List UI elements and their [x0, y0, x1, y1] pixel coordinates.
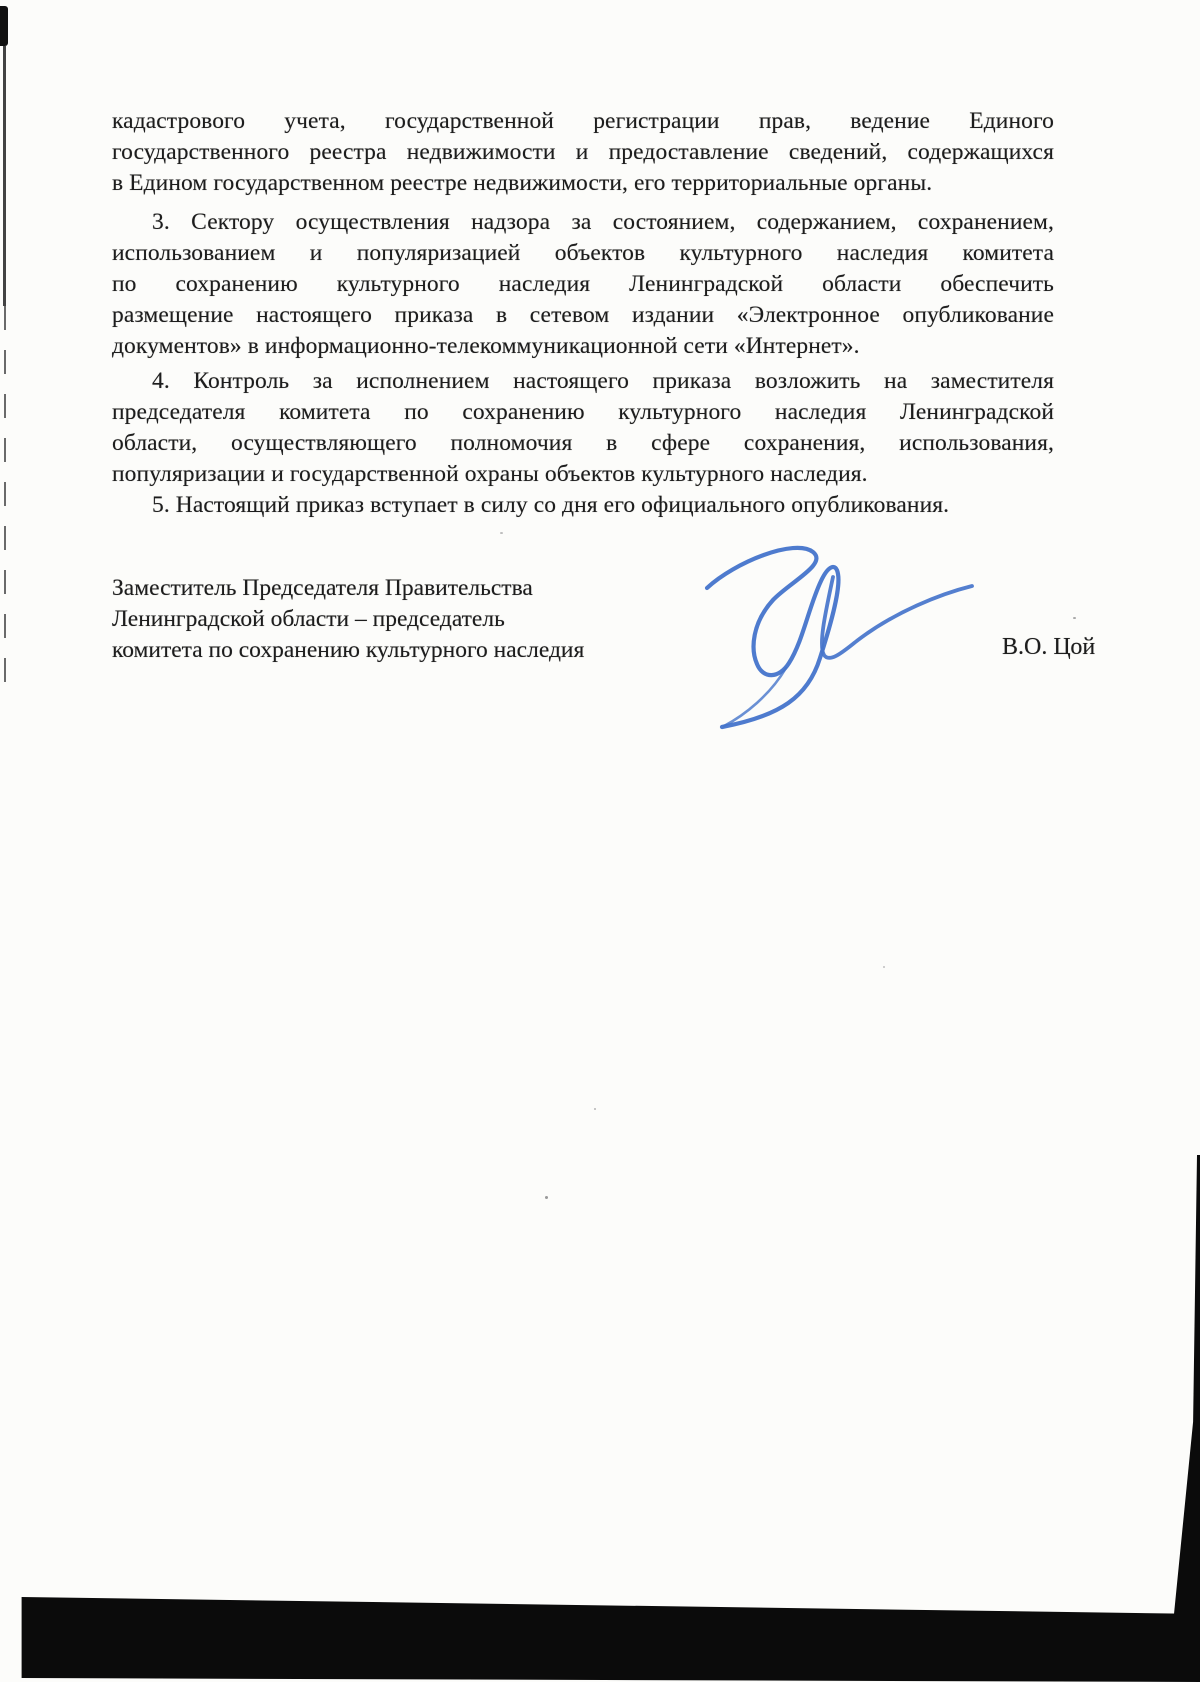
signer-name: В.О. Цой: [1002, 634, 1095, 661]
scan-speck: [594, 1108, 596, 1110]
text-line: по сохранению культурного наследия Ленин…: [112, 269, 1054, 300]
scanned-document-page: кадастрового учета, государственной реги…: [0, 0, 1200, 1682]
scan-speck: [545, 1196, 548, 1199]
scan-artifact-left-line: [3, 46, 6, 306]
scan-speck: [883, 966, 885, 968]
text-line: 4. Контроль за исполнением настоящего пр…: [112, 366, 1054, 397]
scan-artifact-right-wedge: [1170, 1155, 1200, 1615]
scan-artifact-left-dashes: [4, 306, 6, 686]
text-line: документов» в информационно-телекоммуник…: [112, 331, 1054, 362]
document-body: кадастрового учета, государственной реги…: [112, 106, 1054, 521]
text-line: председателя комитета по сохранению куль…: [112, 397, 1054, 428]
text-line: области, осуществляющего полномочия в сф…: [112, 428, 1054, 459]
scan-artifact-corner-blob: [0, 6, 8, 46]
paragraph-item-4: 4. Контроль за исполнением настоящего пр…: [112, 366, 1054, 490]
scan-artifact-bottom-band: [0, 1590, 1200, 1682]
scan-speck: [1073, 617, 1076, 619]
scan-speck: [500, 532, 503, 534]
text-line: популяризации и государственной охраны о…: [112, 459, 1054, 490]
text-line: 3. Сектору осуществления надзора за сост…: [112, 207, 1054, 238]
paragraph-item-3: 3. Сектору осуществления надзора за сост…: [112, 207, 1054, 362]
text-line: кадастрового учета, государственной реги…: [112, 106, 1054, 137]
text-line: использованием и популяризацией объектов…: [112, 238, 1054, 269]
paragraph-continuation: кадастрового учета, государственной реги…: [112, 106, 1054, 199]
text-line: государственного реестра недвижимости и …: [112, 137, 1054, 168]
text-line: в Едином государственном реестре недвижи…: [112, 168, 1054, 199]
handwritten-signature: [620, 490, 980, 820]
text-line: размещение настоящего приказа в сетевом …: [112, 300, 1054, 331]
